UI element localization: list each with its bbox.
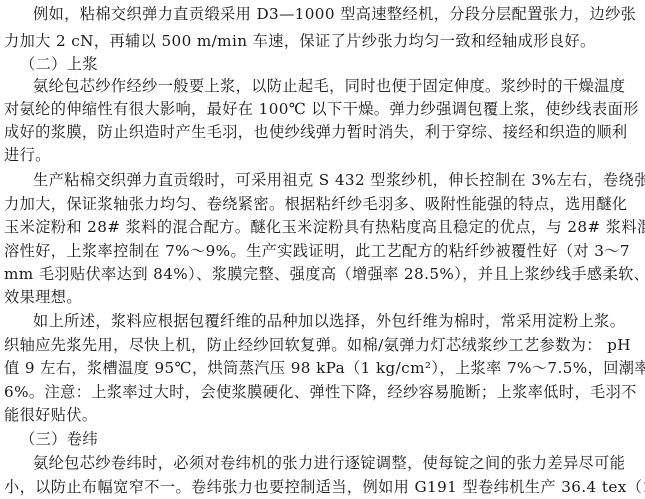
paragraph-line: 玉米淀粉和 28# 浆料的混合配方。醚化玉米淀粉具有热粘度高且稳定的优点，与 2… [4,216,642,238]
paragraph-line: 值 9 左右，浆槽温度 95℃，烘筒蒸汽压 98 kPa（1 kg/cm²），上… [4,357,642,379]
paragraph-line: 织轴应先浆先用，尽快上机，防止经纱回软复弹。如棉/氨弹力灯芯绒浆纱工艺参数为： … [4,334,642,356]
paragraph-line: 力加大，保证浆轴张力均匀、卷绕紧密。根据粘纤纱毛羽多、吸附性能强的特点，选用醚化 [4,193,642,215]
paragraph-line: 例如，粘棉交织弹力直贡缎采用 D3—1000 型高速整经机，分段分层配置张力，边… [33,3,642,25]
paragraph-line: 6%。注意：上浆率过大时，会使浆膜硬化、弹性下降，经纱容易脆断；上浆率低时，毛羽… [4,381,642,403]
paragraph-line: 氨纶包芯纱卷纬时，必须对卷纬机的张力进行逐锭调整，使每锭之间的张力差异尽可能 [33,452,642,474]
paragraph-line: 小，以防止布幅宽窄不一。卷纬张力也要控制适当，例如用 G191 型卷纬机生产 3… [4,476,642,498]
paragraph-line: 对氨纶的伸缩性有很大影响，最好在 100℃ 以下干燥。弹力纱强调包覆上浆，使纱线… [4,98,642,120]
paragraph-line: 能很好贴伏。 [4,404,642,426]
paragraph-line: 如上所述，浆料应根据包覆纤维的品种加以选择，外包纤维为棉时，常采用淀粉上浆。 [33,310,642,332]
paragraph-line: 氨纶包芯纱作经纱一般要上浆，以防止起毛，同时也便于固定伸度。浆纱时的干燥温度 [33,75,642,97]
paragraph-line: 成好的浆膜，防止织造时产生毛羽，也使纱线弹力暂时消失，利于穿综、接经和织造的顺利 [4,121,642,143]
paragraph-line: 生产粘棉交织弹力直贡缎时，可采用祖克 S 432 型浆纱机，伸长控制在 3%左右… [33,169,642,191]
section-heading: （二）上浆 [20,53,645,75]
paragraph-line: 力加大 2 cN，再辅以 500 m/min 车速，保证了片纱张力均匀一致和经轴… [4,30,642,52]
paragraph-line: 进行。 [4,144,642,166]
document-page: 例如，粘棉交织弹力直贡缎采用 D3—1000 型高速整经机，分段分层配置张力，边… [0,0,645,499]
paragraph-line: 溶性好，上浆率控制在 7%～9%。生产实践证明，此工艺配方的粘纤纱被覆性好（对 … [4,240,642,262]
paragraph-line: mm 毛羽贴伏率达到 84%）、浆膜完整、强度高（增强率 28.5%），并且上浆… [4,263,642,285]
paragraph-line: 效果理想。 [4,286,642,308]
section-heading: （三）卷纬 [20,428,645,450]
